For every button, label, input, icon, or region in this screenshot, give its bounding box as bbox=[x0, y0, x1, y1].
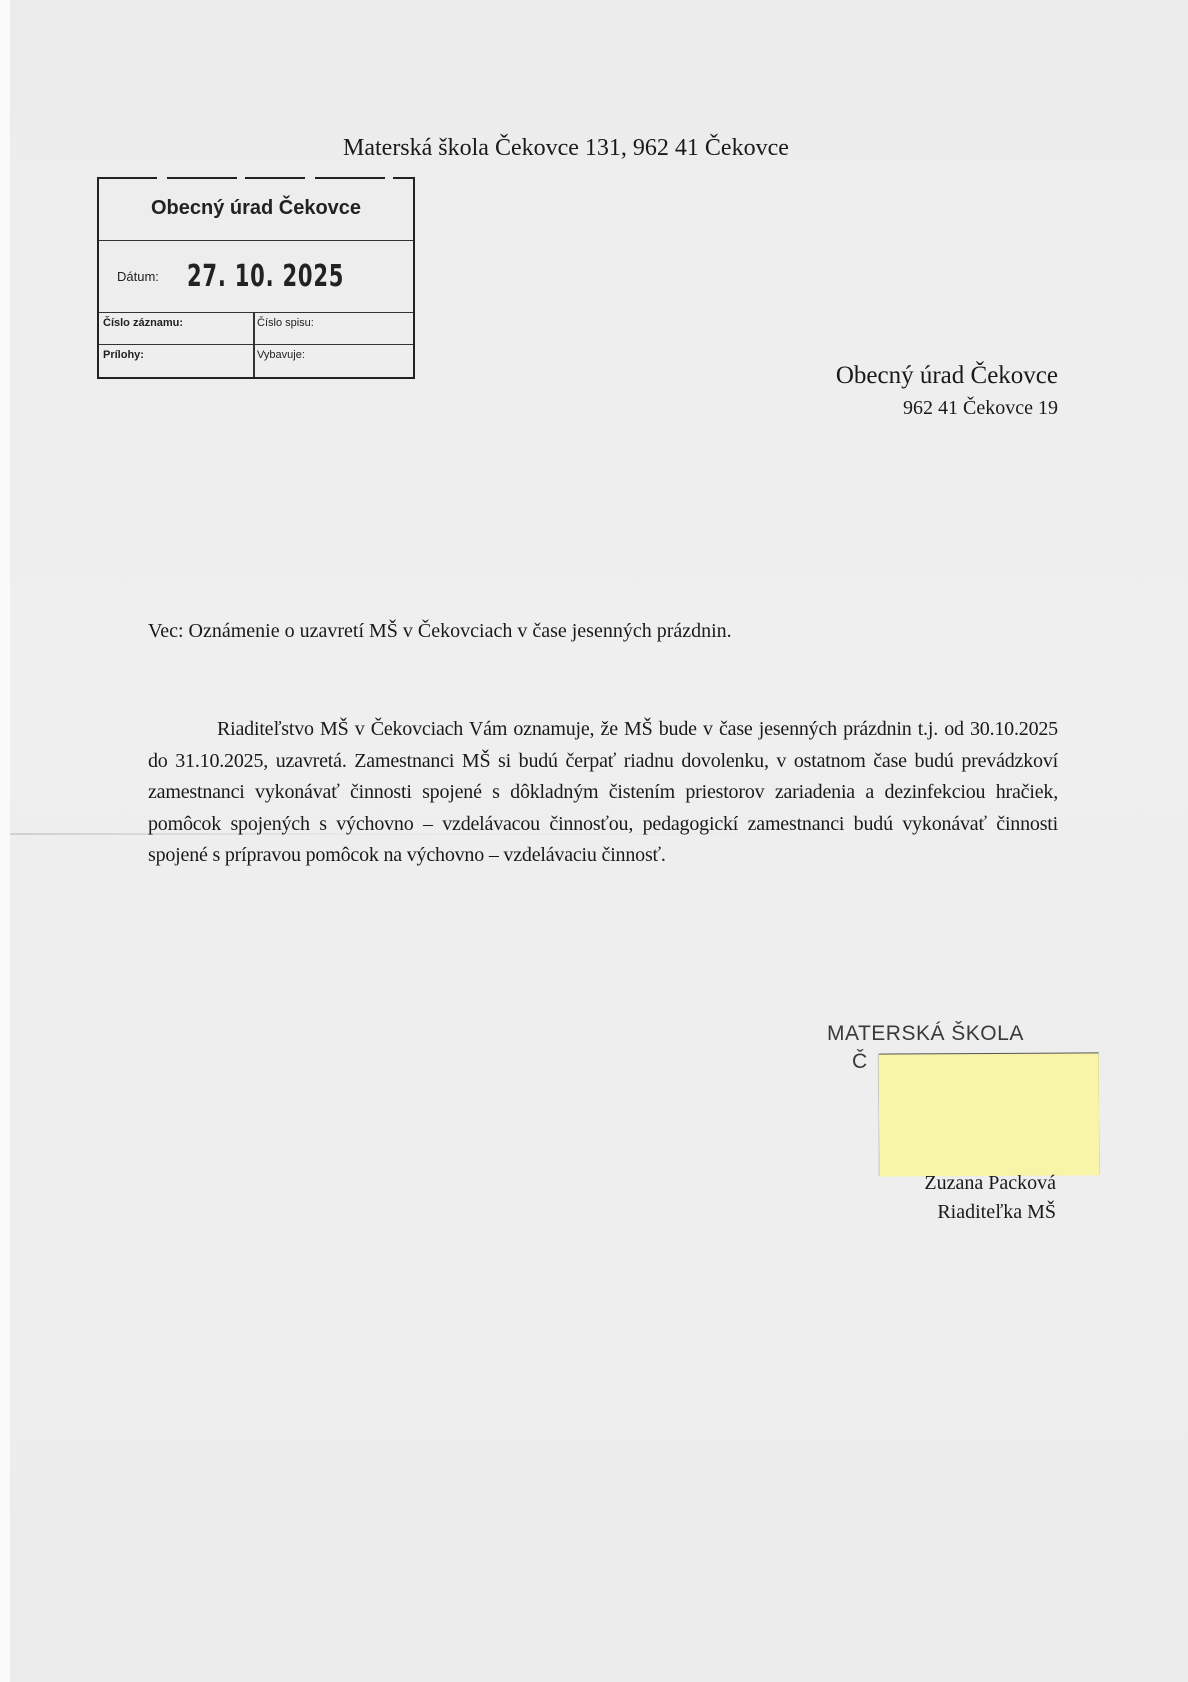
stamp-date-value: 27. 10. 2025 bbox=[187, 259, 344, 294]
registry-stamp: Obecný úrad Čekovce Dátum: 27. 10. 2025 … bbox=[97, 177, 415, 379]
signer-name: Zuzana Packová bbox=[924, 1172, 1056, 1195]
stamp-row-record: Číslo záznamu: Číslo spisu: bbox=[99, 313, 413, 345]
sender-address: Materská škola Čekovce 131, 962 41 Čekov… bbox=[343, 135, 789, 162]
stamp-file-number-label: Číslo spisu: bbox=[257, 317, 314, 329]
redaction-sticky-note bbox=[879, 1053, 1100, 1176]
stamp-handled-by-label: Vybavuje: bbox=[257, 349, 305, 361]
scan-left-margin bbox=[0, 0, 10, 1682]
signer-title: Riaditeľka MŠ bbox=[937, 1201, 1056, 1224]
stamp-office-name: Obecný úrad Čekovce bbox=[99, 177, 413, 241]
letter-body: Riaditeľstvo MŠ v Čekovciach Vám oznamuj… bbox=[148, 714, 1058, 872]
stamp-column-divider bbox=[253, 313, 255, 377]
stamp-date-row: Dátum: 27. 10. 2025 bbox=[99, 241, 413, 313]
stamp-record-number-label: Číslo záznamu: bbox=[103, 317, 183, 329]
recipient-address: 962 41 Čekovce 19 bbox=[836, 392, 1058, 424]
school-stamp-line2: Č bbox=[852, 1050, 867, 1074]
school-stamp-line1: MATERSKÁ ŠKOLA bbox=[827, 1022, 1024, 1046]
stamp-row-attachments: Prílohy: Vybavuje: bbox=[99, 345, 413, 377]
recipient-block: Obecný úrad Čekovce 962 41 Čekovce 19 bbox=[836, 360, 1058, 424]
letter-subject: Vec: Oznámenie o uzavretí MŠ v Čekovciac… bbox=[148, 620, 732, 643]
stamp-date-label: Dátum: bbox=[117, 269, 159, 284]
recipient-name: Obecný úrad Čekovce bbox=[836, 360, 1058, 392]
stamp-attachments-label: Prílohy: bbox=[103, 349, 144, 361]
